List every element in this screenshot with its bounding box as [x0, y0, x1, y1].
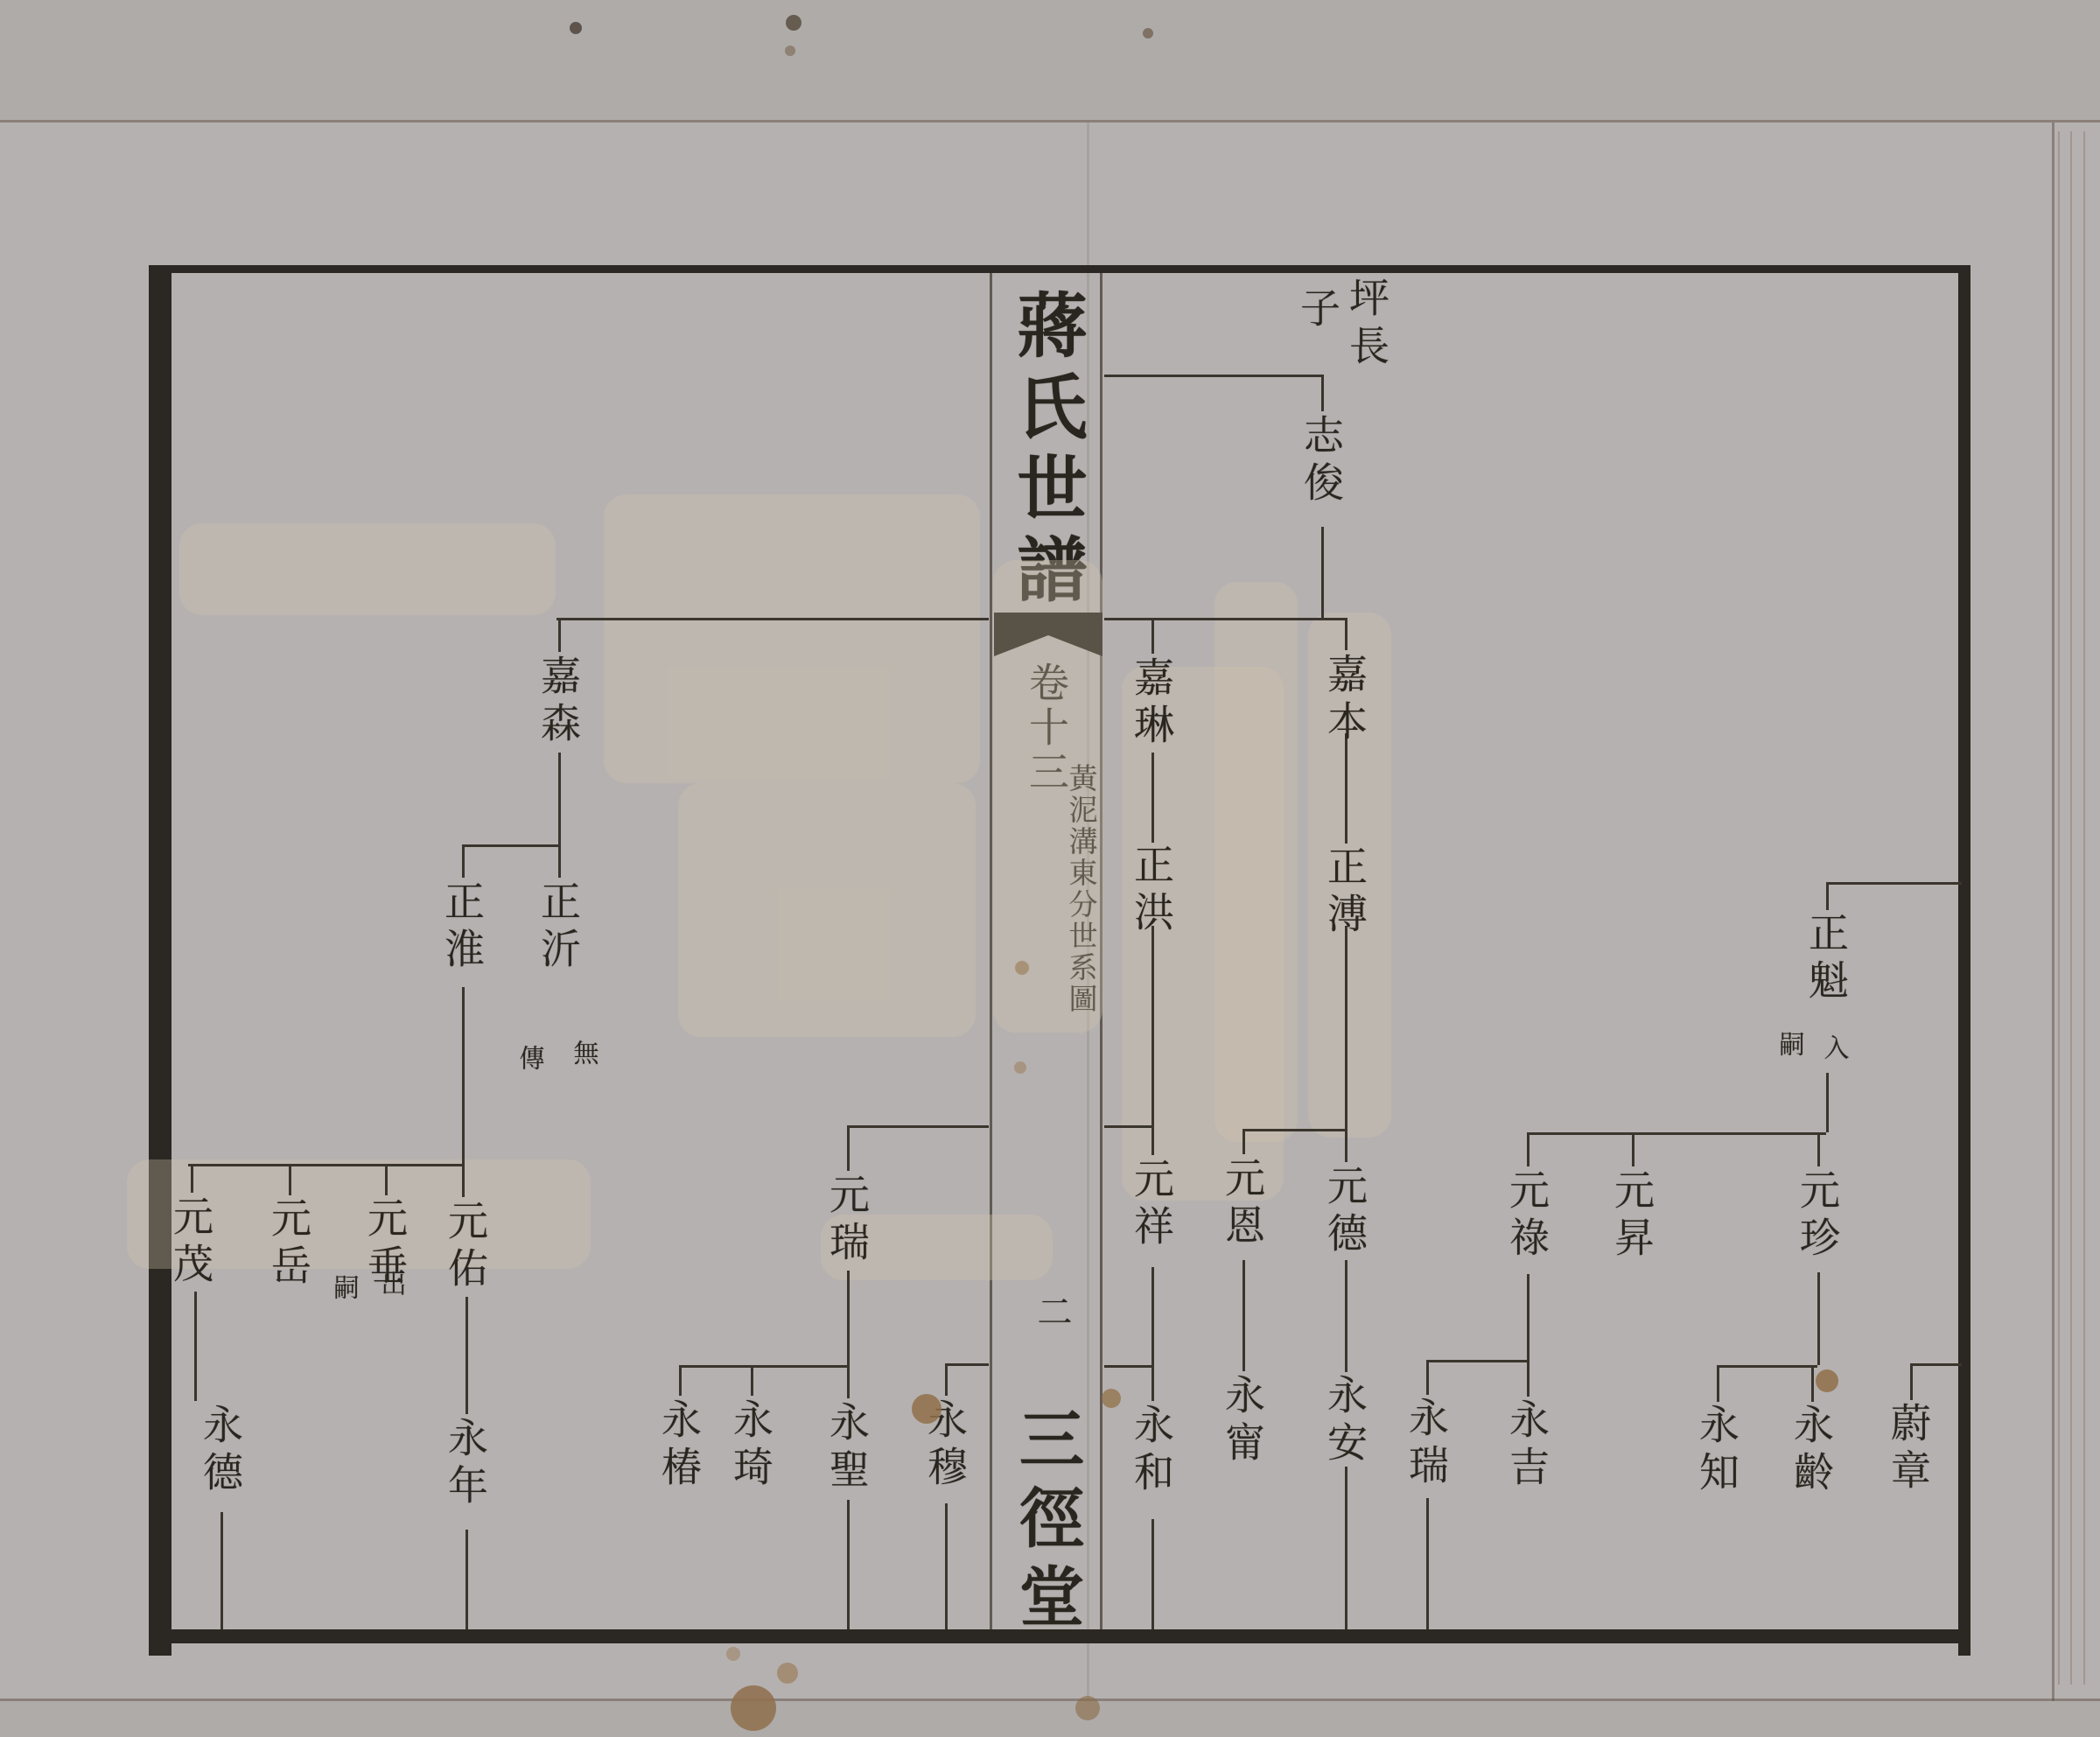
tree-line [1811, 1365, 1814, 1402]
tree-line [1242, 1129, 1345, 1131]
tree-line [751, 1365, 753, 1396]
paper-mottle [678, 783, 976, 1037]
person-annotation: 無 [572, 1040, 598, 1065]
tree-line [1151, 926, 1154, 1125]
person-name: 永椿 [659, 1398, 699, 1493]
person-name: 嘉琳 [1131, 656, 1172, 751]
tree-line [847, 1500, 850, 1629]
stain-spot [1015, 961, 1029, 975]
tree-line [462, 844, 558, 847]
tree-line [556, 618, 989, 620]
person-name: 永甯 [1222, 1374, 1263, 1468]
person-name: 元茂 [171, 1195, 211, 1290]
tree-line [1817, 1132, 1820, 1166]
tree-line [220, 1512, 223, 1629]
person-name: 元珍 [1797, 1169, 1837, 1264]
lineage-header: 子 [1298, 287, 1338, 335]
tree-line [194, 1292, 197, 1401]
tree-line [1104, 375, 1321, 377]
person-name: 永琦 [731, 1398, 771, 1493]
person-name: 元德 [1325, 1165, 1365, 1259]
tree-line [1151, 753, 1154, 843]
scan-top-margin [0, 0, 2100, 120]
tree-line [1104, 1365, 1151, 1368]
person-name: 元恩 [1222, 1157, 1263, 1251]
tree-line [462, 1164, 465, 1197]
person-name: 元佑 [445, 1200, 486, 1294]
tree-line [191, 1164, 193, 1193]
stain-spot [785, 46, 795, 56]
stain-spot [1143, 28, 1153, 39]
person-name: 正溥 [1325, 845, 1365, 940]
person-name: 志俊 [1301, 414, 1341, 508]
tree-line [558, 753, 561, 844]
tree-line [1151, 1125, 1154, 1155]
person-name: 正洪 [1131, 844, 1172, 938]
person-name: 正淮 [442, 880, 482, 975]
tree-line [1632, 1132, 1634, 1166]
tree-line [1345, 926, 1347, 1129]
tree-line [679, 1365, 682, 1396]
person-name: 正沂 [538, 880, 578, 975]
tree-line [1826, 882, 1829, 910]
stain-spot [1816, 1369, 1838, 1392]
page-number: 二 [1034, 1293, 1069, 1328]
tree-line [1426, 1360, 1429, 1395]
tree-line [1345, 1129, 1347, 1162]
person-name: 永聖 [827, 1401, 867, 1495]
tree-line [465, 1297, 468, 1414]
person-name: 永吉 [1507, 1398, 1547, 1493]
tree-line [385, 1164, 388, 1195]
tree-line [1817, 1272, 1820, 1365]
person-name: 永和 [1131, 1404, 1172, 1498]
tree-line [1151, 1519, 1154, 1629]
stain-spot [726, 1647, 740, 1661]
person-annotation: 嗣 [1778, 1031, 1803, 1056]
person-annotation: 傳 [518, 1045, 543, 1070]
tree-line [945, 1363, 948, 1396]
page-edge-streak [2058, 131, 2060, 1684]
tree-line [1151, 1365, 1154, 1401]
stain-spot [731, 1685, 776, 1731]
person-name: 正魁 [1806, 912, 1846, 1006]
lineage-header: 坪長 [1347, 277, 1387, 373]
tree-line [847, 1125, 989, 1128]
person-name: 永年 [445, 1417, 486, 1511]
tree-line [558, 844, 561, 878]
tree-line [188, 1164, 462, 1166]
tree-line [1717, 1365, 1817, 1368]
tree-line [945, 1363, 989, 1366]
person-annotation: 入 [1823, 1034, 1848, 1060]
tree-line [1345, 1467, 1347, 1629]
paper-mottle [604, 494, 980, 783]
tree-line [847, 1271, 850, 1365]
person-name: 嘉本 [1325, 653, 1365, 747]
person-annotation: 出 [380, 1271, 405, 1296]
tree-line [1527, 1132, 1529, 1166]
page-bottom-edge [0, 1698, 2100, 1701]
paper-mottle [993, 560, 1102, 1033]
page-top-edge [0, 120, 2100, 123]
tree-line [1826, 882, 1962, 885]
person-annotation: 嗣 [332, 1274, 358, 1299]
tree-line [1321, 375, 1324, 411]
stain-spot [912, 1394, 941, 1424]
person-name: 永知 [1697, 1404, 1737, 1498]
frame-left-border [149, 265, 171, 1656]
tree-line [1242, 1129, 1245, 1154]
page-right-edge [2052, 123, 2054, 1701]
person-name: 元祥 [1131, 1158, 1172, 1252]
tree-line [1527, 1132, 1826, 1135]
page-edge-streak [2070, 131, 2072, 1684]
hall-name: 三徑堂 [1014, 1405, 1079, 1642]
tree-line [847, 1365, 850, 1398]
tree-line [1717, 1365, 1719, 1402]
tree-line [465, 1530, 468, 1629]
person-name: 元岳 [269, 1197, 309, 1292]
person-name: 永齡 [1791, 1404, 1831, 1498]
tree-line [945, 1503, 948, 1629]
genealogy-page-scan: 蔣氏世譜 卷十三 黃泥溝東分世系圖 二 三徑堂 志俊嘉本正溥元德永安元恩永甯嘉琳… [0, 0, 2100, 1737]
person-name: 嘉森 [538, 655, 578, 749]
tree-line [1151, 618, 1154, 654]
tree-line [1426, 1360, 1527, 1362]
frame-right-border [1958, 265, 1970, 1656]
tree-line [1345, 733, 1347, 844]
person-name: 永德 [200, 1404, 241, 1498]
stain-spot [786, 15, 801, 31]
tree-line [679, 1365, 847, 1368]
tree-line [289, 1164, 291, 1195]
tree-line [1426, 1498, 1429, 1629]
spine-left-separator [990, 273, 992, 1629]
tree-line [1826, 1073, 1829, 1132]
tree-line [558, 618, 561, 652]
frame-top-border [149, 265, 1970, 273]
scan-bottom-margin [0, 1701, 2100, 1737]
stain-spot [1014, 1061, 1026, 1074]
person-name: 元祿 [1507, 1169, 1547, 1264]
stain-spot [777, 1663, 798, 1684]
tree-line [847, 1125, 850, 1171]
tree-line [462, 844, 465, 878]
tree-line [1345, 618, 1347, 650]
tree-line [1321, 527, 1324, 618]
tree-line [1104, 1125, 1151, 1128]
person-name: 永安 [1325, 1374, 1365, 1468]
tree-line [1151, 1267, 1154, 1365]
stain-spot [1102, 1389, 1121, 1408]
stain-spot [570, 22, 582, 34]
tree-line [1910, 1363, 1962, 1366]
stain-spot [1075, 1696, 1100, 1720]
tree-line [1527, 1274, 1529, 1360]
person-name: 元瑞 [827, 1173, 867, 1268]
tree-line [462, 987, 465, 1164]
tree-line [1345, 1260, 1347, 1372]
tree-line [1104, 618, 1345, 620]
tree-line [1910, 1363, 1913, 1400]
person-name: 蔚章 [1888, 1402, 1928, 1496]
page-edge-streak [2083, 131, 2085, 1684]
person-name: 永瑞 [1406, 1397, 1446, 1491]
tree-line [1527, 1360, 1529, 1397]
person-name: 元昇 [1612, 1169, 1652, 1264]
tree-line [1242, 1260, 1245, 1371]
paper-mottle [179, 523, 556, 615]
